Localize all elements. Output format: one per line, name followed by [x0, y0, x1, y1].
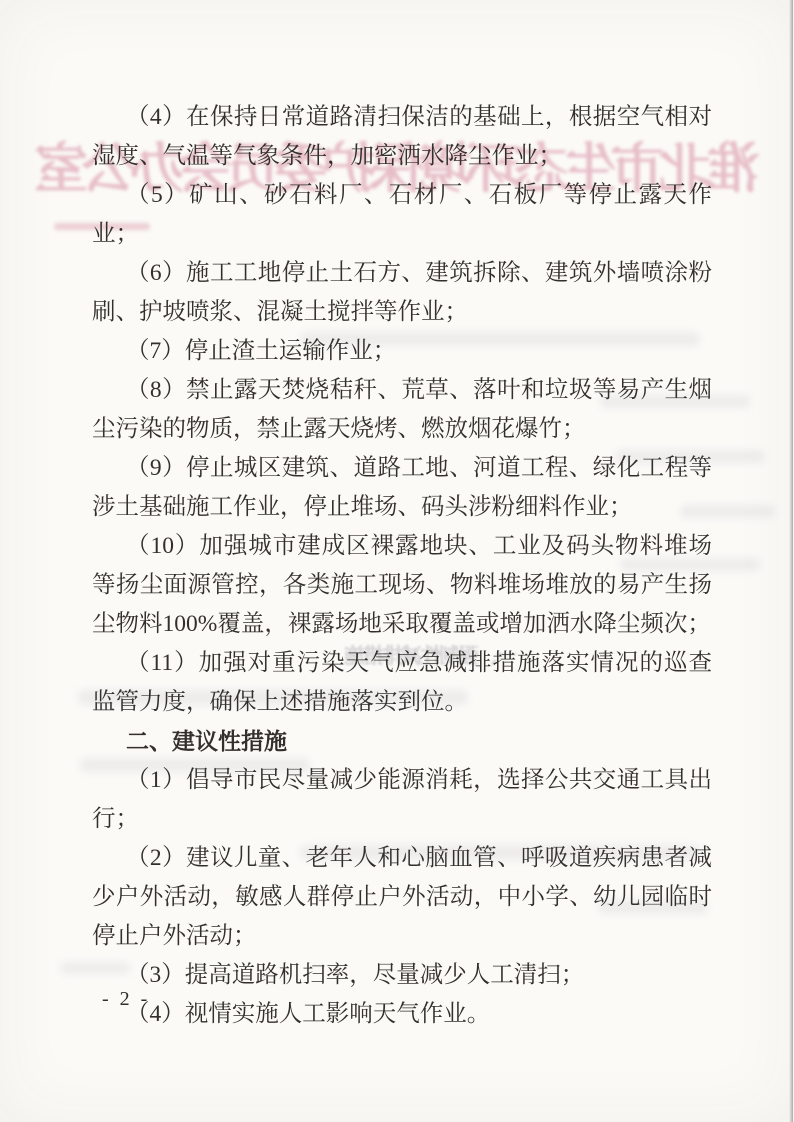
advisory-item-1: （1）倡导市民尽量减少能源消耗，选择公共交通工具出行； — [92, 761, 712, 839]
measure-item-7: （7）停止渣土运输作业； — [92, 332, 712, 371]
advisory-item-4: （4）视情实施人工影响天气作业。 — [92, 995, 712, 1034]
measure-item-4: （4）在保持日常道路清扫保洁的基础上，根据空气相对湿度、气温等气象条件，加密洒水… — [92, 98, 712, 176]
advisory-item-2: （2）建议儿童、老年人和心脑血管、呼吸道疾病患者减少户外活动，敏感人群停止户外活… — [92, 839, 712, 956]
advisory-item-3: （3）提高道路机扫率，尽量减少人工清扫； — [92, 956, 712, 995]
measure-item-6: （6）施工工地停止土石方、建筑拆除、建筑外墙喷涂粉刷、护坡喷浆、混凝土搅拌等作业… — [92, 254, 712, 332]
document-page: 淮北市生态环境保护委员会办公室 一、强制性减排措施 （4）在保持日常道路清扫保洁… — [0, 0, 794, 1122]
measure-item-10: （10）加强城市建成区裸露地块、工业及码头物料堆场等扬尘面源管控，各类施工现场、… — [92, 527, 712, 644]
measure-item-8: （8）禁止露天焚烧秸秆、荒草、落叶和垃圾等易产生烟尘污染的物质，禁止露天烧烤、燃… — [92, 371, 712, 449]
page-number: - 2 - — [102, 988, 150, 1011]
document-content: （4）在保持日常道路清扫保洁的基础上，根据空气相对湿度、气温等气象条件，加密洒水… — [92, 98, 712, 1034]
measure-item-9: （9）停止城区建筑、道路工地、河道工程、绿化工程等涉土基础施工作业，停止堆场、码… — [92, 449, 712, 527]
scan-edge-line — [789, 0, 793, 1122]
measure-item-5: （5）矿山、砂石料厂、石材厂、石板厂等停止露天作业； — [92, 176, 712, 254]
section-heading-advisory: 二、建议性措施 — [92, 722, 712, 761]
measure-item-11: （11）加强对重污染天气应急减排措施落实情况的巡查监管力度，确保上述措施落实到位… — [92, 644, 712, 722]
